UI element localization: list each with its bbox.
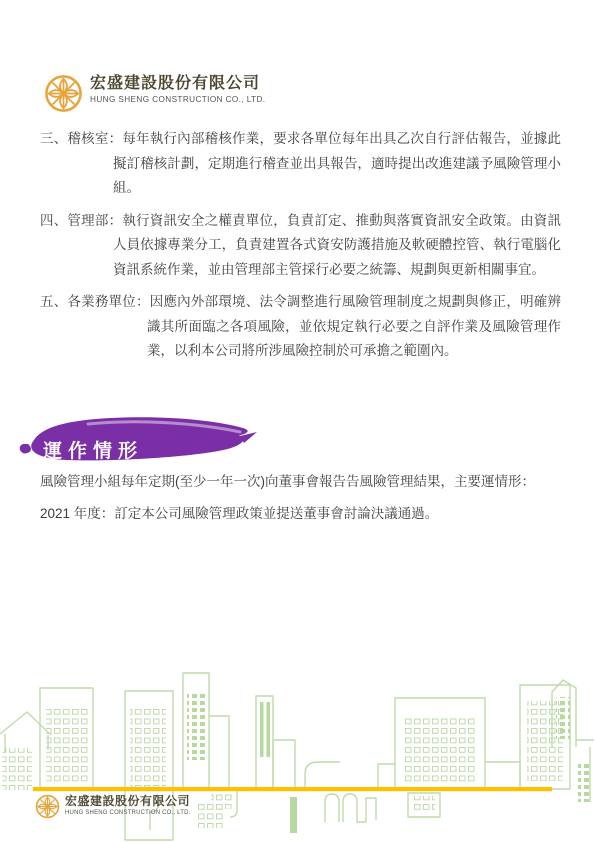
risk-item-audit-office: 三、稽核室：每年執行內部稽核作業，要求各單位每年出具乙次自行評估報告，並據此擬訂… (40, 127, 561, 201)
section-title: 運作情形 (43, 436, 143, 463)
risk-organization-section: 三、稽核室：每年執行內部稽核作業，要求各單位每年出具乙次自行評估報告，並據此擬訂… (40, 127, 561, 372)
footer-logo-text: 宏盛建設股份有限公司 HUNG SHENG CONSTRUCTION CO., … (65, 794, 191, 817)
footer-company-name-en: HUNG SHENG CONSTRUCTION CO., LTD. (65, 809, 191, 817)
company-name-en: HUNG SHENG CONSTRUCTION CO., LTD. (90, 94, 265, 105)
risk-item-text: 執行資訊安全之權責單位，負責訂定、推動與落實資訊安全政策。由資訊人員依據專業分工… (113, 213, 561, 277)
risk-item-business-units: 五、各業務單位：因應內外部環境、法令調整進行風險管理制度之規劃與修正，明確辨識其… (40, 290, 561, 364)
operation-year-2021: 2021 年度：訂定本公司風險管理政策並提送董事會討論決議通過。 (40, 504, 562, 524)
risk-item-label: 三、稽核室： (40, 131, 122, 146)
header-company-logo: 宏盛建設股份有限公司 HUNG SHENG CONSTRUCTION CO., … (44, 74, 265, 113)
section-banner-operation-status: 運作情形 (16, 413, 260, 467)
company-logo-icon-small (35, 794, 60, 819)
risk-item-text: 因應內外部環境、法令調整進行風險管理制度之規劃與修正，明確辨識其所面臨之各項風險… (147, 294, 561, 358)
document-page: { "logo": { "company_name_zh": "宏盛建設股份有限… (0, 0, 595, 842)
risk-item-management-dept: 四、管理部：執行資訊安全之權責單位，負責訂定、推動與落實資訊安全政策。由資訊人員… (40, 209, 561, 283)
gold-divider-line (33, 787, 552, 791)
operation-intro: 風險管理小組每年定期(至少一年一次)向董事會報告告風險管理結果，主要運情形： (40, 472, 562, 492)
risk-item-label: 四、管理部： (40, 213, 122, 228)
footer-company-name-zh: 宏盛建設股份有限公司 (65, 794, 191, 809)
risk-item-text: 每年執行內部稽核作業，要求各單位每年出具乙次自行評估報告，並據此擬訂稽核計劃，定… (113, 131, 561, 195)
company-logo-icon (44, 74, 83, 113)
company-name-zh: 宏盛建設股份有限公司 (90, 74, 265, 94)
risk-item-label: 五、各業務單位： (40, 294, 150, 309)
operation-status-section: 風險管理小組每年定期(至少一年一次)向董事會報告告風險管理結果，主要運情形： 2… (40, 472, 562, 536)
company-logo-text: 宏盛建設股份有限公司 HUNG SHENG CONSTRUCTION CO., … (90, 74, 265, 105)
footer-company-logo: 宏盛建設股份有限公司 HUNG SHENG CONSTRUCTION CO., … (35, 794, 191, 819)
